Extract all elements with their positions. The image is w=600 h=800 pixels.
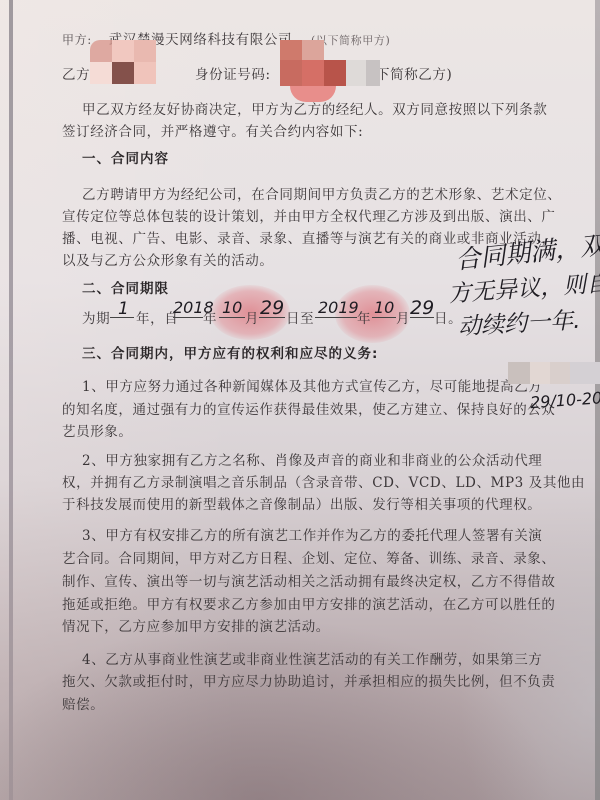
term-start-day: 29 [260,297,284,319]
clause-1-line-2: 的知名度，通过强有力的宣传运作获得最佳效果，使乙方建立、保持良好的公众 [62,398,556,418]
term-text-4: 月 [245,307,259,327]
redacted-name [90,40,160,85]
section-1-line-4: 以及与乙方公众形象有关的活动。 [62,249,274,269]
clause-1-line-1: 1、甲方应努力通过各种新闻媒体及其他方式宣传乙方，尽可能地提高乙方 [82,375,542,395]
term-end-year: 2019 [318,298,359,317]
term-start-month: 10 [222,298,242,317]
term-years: 1 [118,299,129,319]
clause-4-line-3: 赔偿。 [62,693,104,713]
redacted-id-number [260,40,380,102]
clause-3-line-5: 情况下，乙方应参加甲方安排的演艺活动。 [62,615,330,635]
page-left-edge [9,0,13,800]
section-3-title: 三、合同期内，甲方应有的权利和应尽的义务: [82,342,378,362]
clause-4-line-2: 拖欠、欠款或拒付时，甲方应尽力协助追讨，并承担相应的损失比例，但不负责 [62,670,556,690]
term-text-3: 年 [203,307,217,327]
clause-3-line-1: 3、甲方有权安排乙方的所有演艺工作并作为乙方的委托代理人签署有关演 [82,524,542,544]
clause-3-line-4: 拖延或拒绝。甲方有权要求乙方参加由甲方安排的演艺活动，在乙方可以胜任的 [62,593,556,613]
preamble-line-1: 甲乙双方经友好协商决定，甲方为乙方的经纪人。双方同意按照以下列条款 [82,98,547,118]
handwritten-note-line-3: 动续约一年. [457,302,581,341]
contract-photo: 甲方: 武汉楚漫天网络科技有限公司 (以下简称甲方) 乙方: 身份证号码: 42… [0,0,600,800]
section-1-line-1: 乙方聘请甲方为经纪公司，在合同期间甲方负责乙方的艺术形象、艺术定位、 [82,183,561,203]
term-text-7: 月 [396,307,410,327]
section-1-title: 一、合同内容 [82,147,169,167]
section-2-title: 二、合同期限 [82,277,169,297]
term-end-month: 10 [374,298,394,317]
term-text-1: 为期 [82,307,110,327]
redacted-signature [508,362,600,384]
party-b-alias: 下简称乙方) [376,63,452,83]
clause-2-line-1: 2、甲方独家拥有乙方之名称、肖像及声音的商业和非商业的公众活动代理 [82,449,542,469]
clause-1-line-3: 艺员形象。 [62,420,133,440]
term-text-5: 日至 [286,307,314,327]
preamble-line-2: 签订经济合同，并严格遵守。有关合约内容如下: [62,120,363,140]
term-text-2: 年，自 [136,307,178,327]
section-1-line-2: 宣传定位等总体包装的设计策划，并由甲方全权代理乙方涉及到出版、演出、广 [62,205,556,225]
clause-3-line-2: 艺合同。合同期间，甲方对乙方日程、企划、定位、筹备、训练、录音、录象、 [62,547,556,567]
party-a-label: 甲方: [62,33,92,47]
term-text-6: 年 [357,307,371,327]
clause-2-line-2: 权，并拥有乙方录制演唱之音乐制品（含录音带、CD、VCD、LD、MP3 及其他由 [62,471,585,491]
clause-4-line-1: 4、乙方从事商业性演艺或非商业性演艺活动的有关工作酬劳，如果第三方 [82,648,542,668]
clause-2-line-3: 于科技发展而使用的新型载体之音像制品）出版、发行等相关事项的代理权。 [62,493,541,513]
clause-3-line-3: 制作、宣传、演出等一切与演艺活动相关之活动拥有最终决定权，乙方不得借故 [62,570,556,590]
term-end-day: 29 [410,297,434,319]
